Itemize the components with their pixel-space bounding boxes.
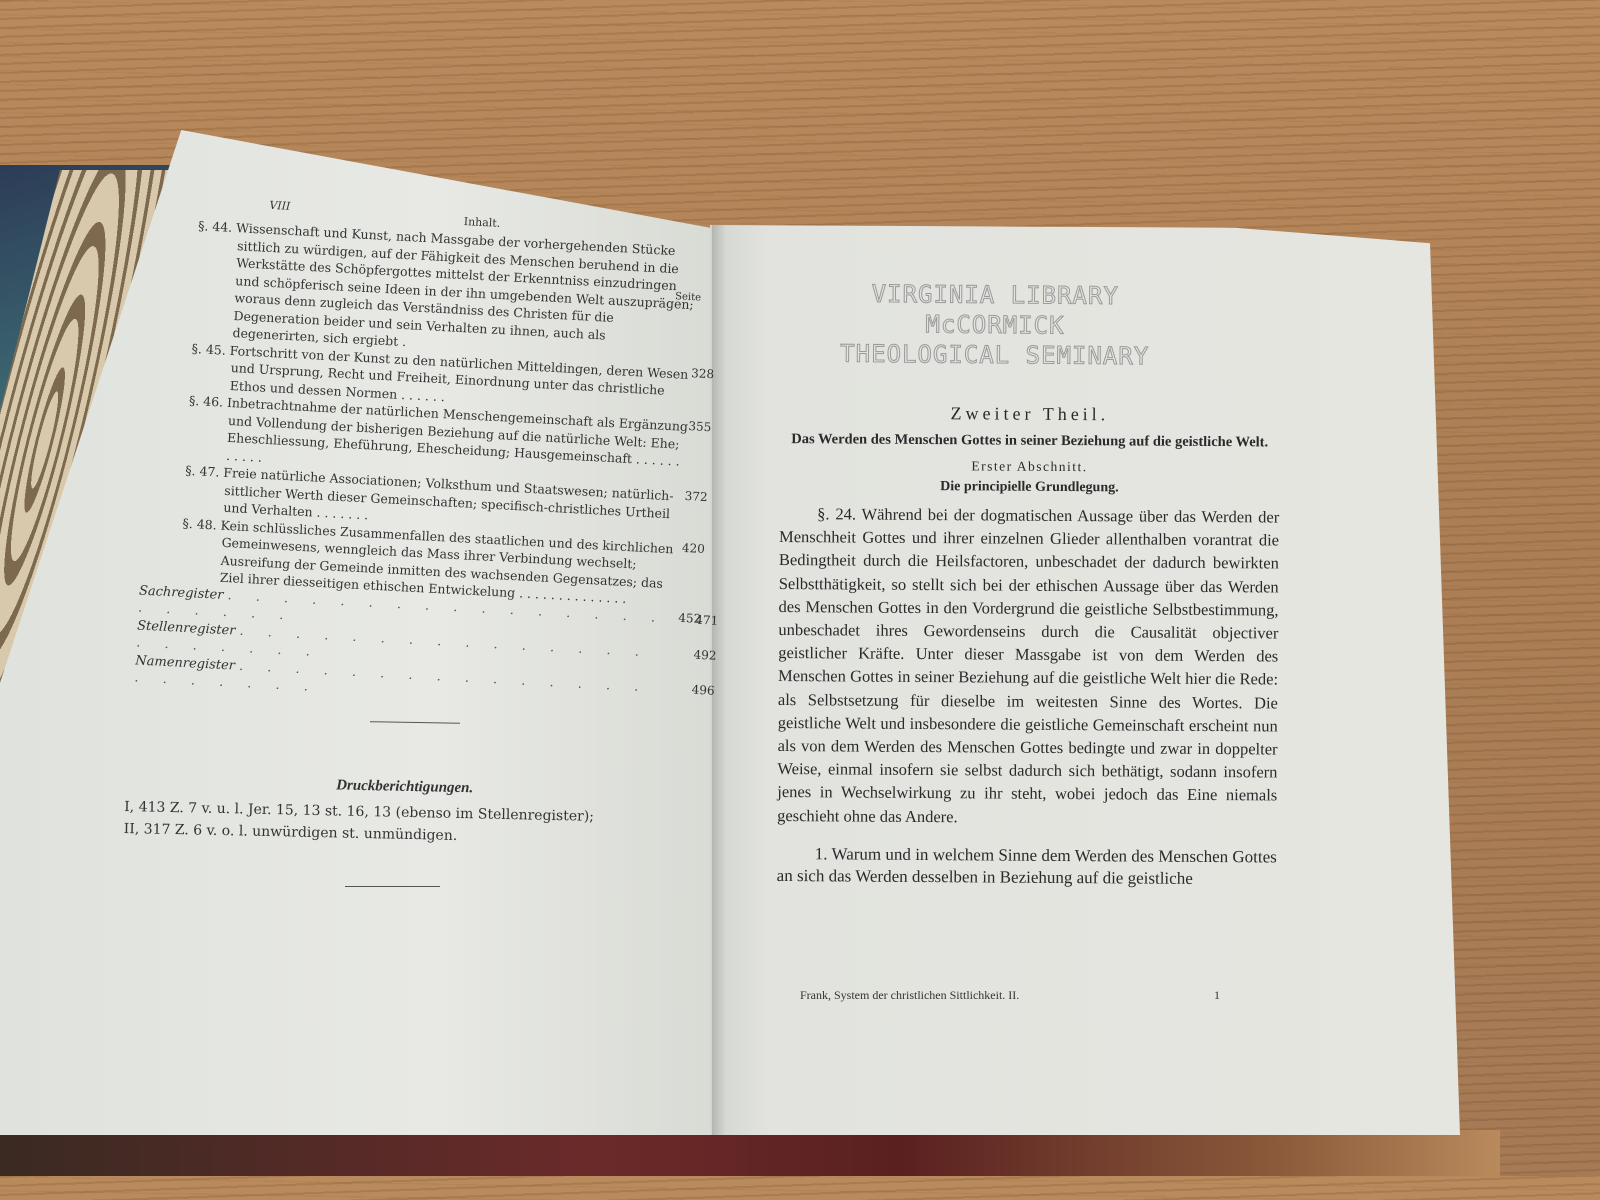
register-label: Namenregister bbox=[135, 653, 235, 673]
register-label: Sachregister bbox=[139, 583, 224, 602]
toc-section: §. 47. bbox=[185, 463, 220, 480]
stamp-line: THEOLOGICAL SEMINARY bbox=[830, 339, 1160, 372]
toc-section: §. 44. bbox=[198, 218, 233, 235]
table-of-contents: VIII Inhalt. Seite §. 44. Wissenschaft u… bbox=[114, 190, 699, 715]
book-gutter bbox=[712, 225, 726, 1135]
footer-signature: Frank, System der christlichen Sittlichk… bbox=[800, 988, 1019, 1002]
paragraph-section: §. 24. bbox=[817, 504, 856, 523]
body-paragraph: §. 24. Während bei der dogmatischen Auss… bbox=[777, 502, 1279, 830]
errata-block: Druckberichtigungen. I, 413 Z. 7 v. u. l… bbox=[124, 770, 685, 852]
register-page: 492 bbox=[693, 646, 717, 665]
library-perforation-stamp: VIRGINIA LIBRARY McCORMICK THEOLOGICAL S… bbox=[830, 279, 1161, 372]
page-footer: Frank, System der christlichen Sittlichk… bbox=[800, 988, 1220, 1003]
section-label: Erster Abschnitt. bbox=[780, 457, 1280, 476]
toc-section: §. 48. bbox=[182, 515, 217, 532]
toc-text: Wissenschaft und Kunst, nach Massgabe de… bbox=[232, 220, 694, 349]
book-bottom-edge bbox=[0, 1130, 1500, 1176]
register-page: 496 bbox=[691, 681, 715, 700]
divider-rule bbox=[345, 886, 440, 887]
footer-page-number: 1 bbox=[1214, 988, 1220, 1003]
page-number: VIII bbox=[269, 197, 291, 216]
stamp-line: McCORMICK bbox=[830, 309, 1160, 342]
stamp-line: VIRGINIA LIBRARY bbox=[830, 279, 1160, 312]
numbered-paragraph: 1. Warum und in welchem Sinne dem Werden… bbox=[777, 843, 1277, 890]
numbered-paragraph-text: 1. Warum und in welchem Sinne dem Werden… bbox=[777, 844, 1277, 888]
toc-section: §. 46. bbox=[189, 393, 224, 410]
section-title: Die principielle Grundlegung. bbox=[779, 478, 1279, 497]
running-title: Inhalt. bbox=[463, 213, 500, 232]
register-page: 471 bbox=[695, 611, 719, 630]
chapter-body: Zweiter Theil. Das Werden des Menschen G… bbox=[776, 402, 1279, 907]
part-title: Zweiter Theil. bbox=[780, 402, 1280, 426]
part-subtitle: Das Werden des Menschen Gottes in seiner… bbox=[780, 429, 1280, 452]
toc-section: §. 45. bbox=[191, 340, 226, 357]
paragraph-text: Während bei der dogmatischen Aussage übe… bbox=[777, 505, 1279, 826]
register-label: Stellenregister bbox=[137, 618, 236, 638]
